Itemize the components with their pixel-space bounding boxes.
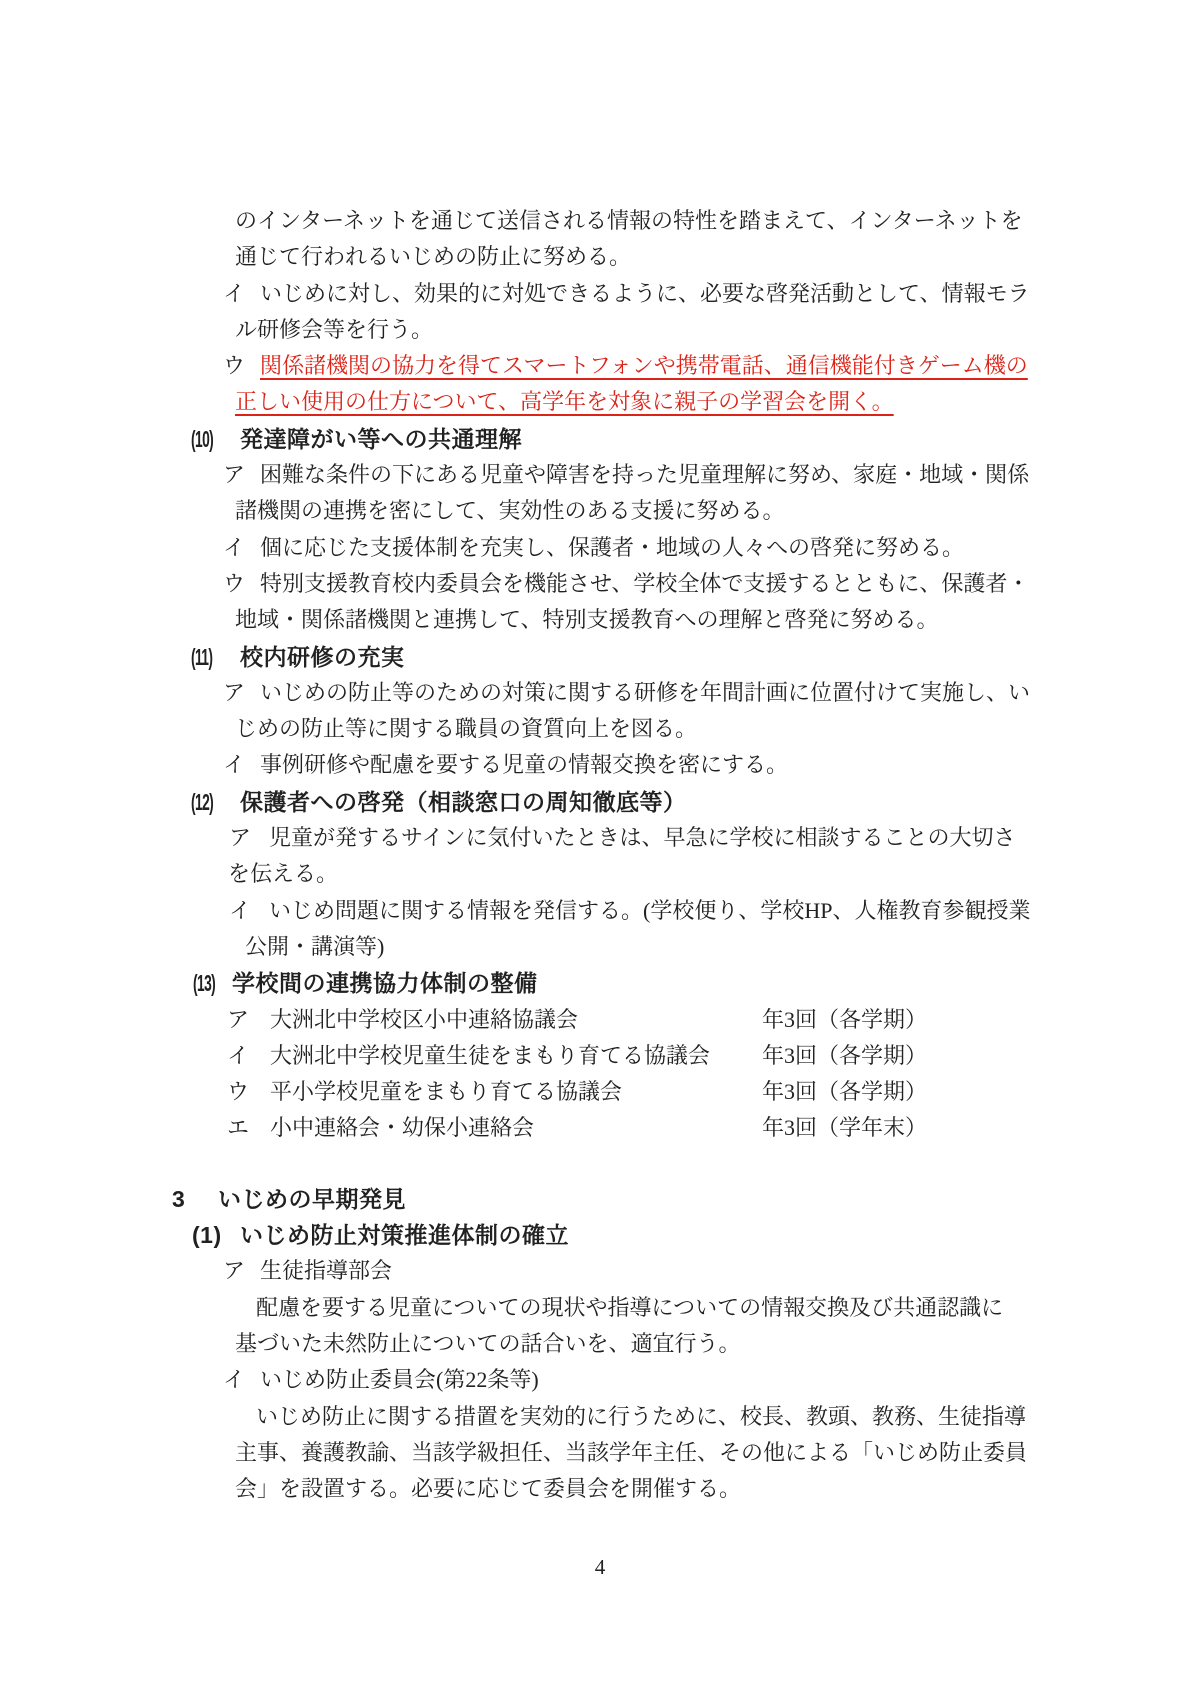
item-marker: イ [223, 276, 260, 312]
line-text: 主事、養護教諭、当該学級担任、当該学年主任、その他による「いじめ防止委員 [235, 1435, 1027, 1471]
subsection-number: (1) [192, 1217, 240, 1253]
text-line: (1)いじめ防止対策推進体制の確立 [0, 1217, 1200, 1253]
text-line: (11)校内研修の充実 [0, 639, 1200, 675]
item-marker: ウ [227, 1074, 270, 1110]
item-marker: ア [223, 675, 260, 711]
item-marker: ウ [223, 566, 260, 602]
blank-line [0, 1147, 1200, 1181]
line-text: いじめの早期発見 [218, 1181, 406, 1217]
text-line: ル研修会等を行う。 [0, 312, 1200, 348]
schedule-frequency: 年3回（各学期） [762, 1038, 927, 1074]
item-marker: エ [227, 1110, 270, 1146]
line-text: いじめ防止対策推進体制の確立 [240, 1217, 569, 1253]
text-line: ア生徒指導部会 [0, 1253, 1200, 1289]
text-line: ウ関係諸機関の協力を得てスマートフォンや携帯電話、通信機能付きゲーム機の [0, 348, 1200, 384]
line-text: 諸機関の連携を密にして、実効性のある支援に努める。 [235, 493, 785, 529]
line-text: 大洲北中学校児童生徒をまもり育てる協議会 [270, 1038, 710, 1074]
line-text: 基づいた未然防止についての話合いを、適宜行う。 [235, 1326, 741, 1362]
text-line: 配慮を要する児童についての現状や指導についての情報交換及び共通認識に [0, 1290, 1200, 1326]
line-text: 困難な条件の下にある児童や障害を持った児童理解に努め、家庭・地域・関係 [260, 457, 1029, 493]
text-line: (10)発達障がい等への共通理解 [0, 421, 1200, 457]
text-line: イ事例研修や配慮を要する児童の情報交換を密にする。 [0, 747, 1200, 783]
line-text: 公開・講演等) [245, 929, 384, 965]
line-text: じめの防止等に関する職員の資質向上を図る。 [235, 711, 697, 747]
line-text: 事例研修や配慮を要する児童の情報交換を密にする。 [260, 747, 788, 783]
page-number: 4 [0, 1552, 1200, 1582]
line-text: ル研修会等を行う。 [235, 312, 433, 348]
line-text: 学校間の連携協力体制の整備 [232, 965, 538, 1001]
text-line: 正しい使用の仕方について、高学年を対象に親子の学習会を開く。 [0, 384, 1200, 420]
line-text: 大洲北中学校区小中連絡協議会 [270, 1002, 578, 1038]
text-line: 公開・講演等) [0, 929, 1200, 965]
document-body: のインターネットを通じて送信される情報の特性を踏まえて、インターネットを通じて行… [0, 0, 1200, 1507]
line-text: 児童が発するサインに気付いたときは、早急に学校に相談することの大切さ [269, 820, 1015, 856]
line-text: 個に応じた支援体制を充実し、保護者・地域の人々への啓発に努める。 [260, 530, 964, 566]
line-text: を伝える。 [228, 856, 338, 892]
text-line: (13)学校間の連携協力体制の整備 [0, 965, 1200, 1001]
item-marker: ウ [223, 348, 260, 384]
text-line: イいじめ問題に関する情報を発信する。(学校便り、学校HP、人権教育参観授業 [0, 893, 1200, 929]
line-text: いじめに対し、効果的に対処できるように、必要な啓発活動として、情報モラ [260, 276, 1030, 312]
heading-number: (11) [191, 639, 240, 675]
text-line: 諸機関の連携を密にして、実効性のある支援に努める。 [0, 493, 1200, 529]
text-line: イいじめ防止委員会(第22条等) [0, 1362, 1200, 1398]
text-line: イいじめに対し、効果的に対処できるように、必要な啓発活動として、情報モラ [0, 276, 1200, 312]
text-line: 通じて行われるいじめの防止に努める。 [0, 239, 1200, 275]
text-line: のインターネットを通じて送信される情報の特性を踏まえて、インターネットを [0, 203, 1200, 239]
text-line: ア困難な条件の下にある児童や障害を持った児童理解に努め、家庭・地域・関係 [0, 457, 1200, 493]
text-line: ア大洲北中学校区小中連絡協議会年3回（各学期） [0, 1002, 1200, 1038]
line-text: いじめ防止委員会(第22条等) [260, 1362, 539, 1398]
text-line: ア児童が発するサインに気付いたときは、早急に学校に相談することの大切さ [0, 820, 1200, 856]
heading-number: (12) [191, 784, 240, 820]
item-marker: イ [223, 530, 260, 566]
line-text: いじめの防止等のための対策に関する研修を年間計画に位置付けて実施し、い [260, 675, 1030, 711]
line-text: いじめ問題に関する情報を発信する。(学校便り、学校HP、人権教育参観授業 [269, 893, 1030, 929]
item-marker: ア [227, 1002, 270, 1038]
line-text: 平小学校児童をまもり育てる協議会 [270, 1074, 622, 1110]
line-text: のインターネットを通じて送信される情報の特性を踏まえて、インターネットを [235, 203, 1023, 239]
line-text: 地域・関係諸機関と連携して、特別支援教育への理解と啓発に努める。 [235, 602, 939, 638]
text-line: 3いじめの早期発見 [0, 1181, 1200, 1217]
text-line: 主事、養護教諭、当該学級担任、当該学年主任、その他による「いじめ防止委員 [0, 1435, 1200, 1471]
line-text: 小中連絡会・幼保小連絡会 [270, 1110, 534, 1146]
text-line: エ小中連絡会・幼保小連絡会年3回（学年末） [0, 1110, 1200, 1146]
heading-number: (10) [191, 421, 240, 457]
item-marker: イ [227, 1038, 270, 1074]
line-text: 特別支援教育校内委員会を機能させ、学校全体で支援するとともに、保護者・ [260, 566, 1029, 602]
text-line: を伝える。 [0, 856, 1200, 892]
heading-number: (13) [193, 965, 232, 1001]
text-line: イ大洲北中学校児童生徒をまもり育てる協議会年3回（各学期） [0, 1038, 1200, 1074]
text-line: ウ特別支援教育校内委員会を機能させ、学校全体で支援するとともに、保護者・ [0, 566, 1200, 602]
text-line: 基づいた未然防止についての話合いを、適宜行う。 [0, 1326, 1200, 1362]
line-text: 配慮を要する児童についての現状や指導についての情報交換及び共通認識に [256, 1290, 1003, 1326]
schedule-frequency: 年3回（学年末） [762, 1110, 927, 1146]
text-line: イ個に応じた支援体制を充実し、保護者・地域の人々への啓発に努める。 [0, 530, 1200, 566]
text-line: じめの防止等に関する職員の資質向上を図る。 [0, 711, 1200, 747]
line-text: 生徒指導部会 [260, 1253, 392, 1289]
document-page: のインターネットを通じて送信される情報の特性を踏まえて、インターネットを通じて行… [0, 0, 1200, 1698]
schedule-frequency: 年3回（各学期） [762, 1002, 927, 1038]
line-text: 通じて行われるいじめの防止に努める。 [235, 239, 631, 275]
line-text: 会」を設置する。必要に応じて委員会を開催する。 [235, 1471, 741, 1507]
item-marker: ア [223, 457, 260, 493]
item-marker: イ [223, 1362, 260, 1398]
line-text: いじめ防止に関する措置を実効的に行うために、校長、教頭、教務、生徒指導 [256, 1399, 1026, 1435]
item-marker: イ [229, 893, 269, 929]
text-line: アいじめの防止等のための対策に関する研修を年間計画に位置付けて実施し、い [0, 675, 1200, 711]
text-line: (12)保護者への啓発（相談窓口の周知徹底等） [0, 784, 1200, 820]
item-marker: ア [229, 820, 269, 856]
line-text: 保護者への啓発（相談窓口の周知徹底等） [240, 784, 687, 820]
text-line: いじめ防止に関する措置を実効的に行うために、校長、教頭、教務、生徒指導 [0, 1399, 1200, 1435]
line-text: 関係諸機関の協力を得てスマートフォンや携帯電話、通信機能付きゲーム機の [260, 348, 1028, 384]
text-line: 地域・関係諸機関と連携して、特別支援教育への理解と啓発に努める。 [0, 602, 1200, 638]
line-text: 校内研修の充実 [240, 639, 405, 675]
line-text: 正しい使用の仕方について、高学年を対象に親子の学習会を開く。 [235, 384, 894, 420]
item-marker: イ [223, 747, 260, 783]
item-marker: ア [223, 1253, 260, 1289]
section-number: 3 [172, 1181, 218, 1217]
text-line: 会」を設置する。必要に応じて委員会を開催する。 [0, 1471, 1200, 1507]
line-text: 発達障がい等への共通理解 [240, 421, 522, 457]
text-line: ウ平小学校児童をまもり育てる協議会年3回（各学期） [0, 1074, 1200, 1110]
schedule-frequency: 年3回（各学期） [762, 1074, 927, 1110]
